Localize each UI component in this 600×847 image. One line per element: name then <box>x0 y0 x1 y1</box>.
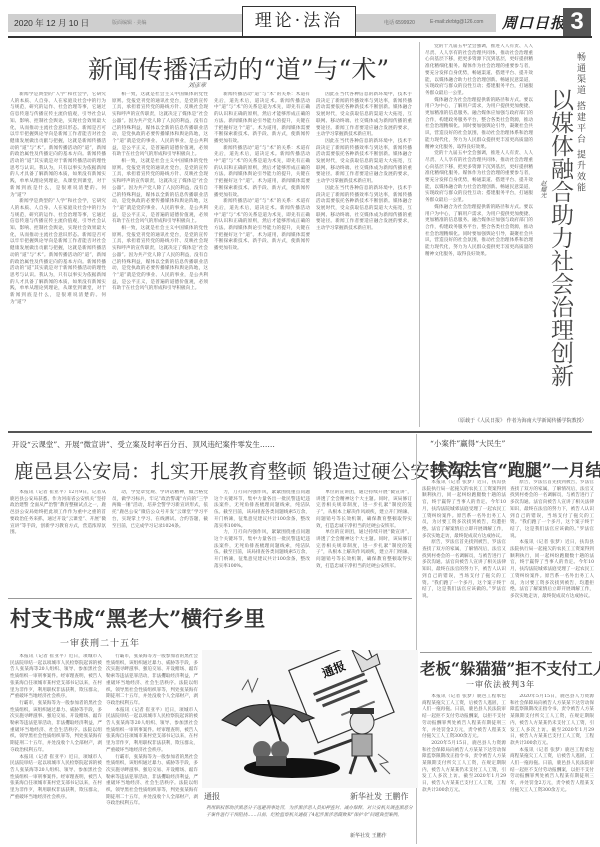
article-column: 本报讯（记者 张梦）鹿邑工程承包商程某拖欠工人工资，后被告人逃匿，工人们一拖再拖… <box>422 694 506 844</box>
section-title: 理论·法治 <box>242 6 356 36</box>
column-divider <box>419 42 420 427</box>
article-headline: 鹿邑县公安局：扎实开展教育整顿 锻造过硬公安铁军 <box>14 456 469 484</box>
cartoon-description: 利用职权帮助涉黑恶分子逃避刑事处罚，为涉黑涉恶人员扣押查封、减办保释，对公安机关… <box>206 806 416 819</box>
page-number: 3 <box>563 8 591 36</box>
article-headline: 新闻传播活动的“道”与“术” <box>88 50 389 86</box>
article-author: 赵耀光 <box>538 180 547 198</box>
article-column: 力，刀刃向内强作风，紧紧围绕重点问题这个关键环节，集中力量各出一批民警违纪违法案… <box>214 490 310 595</box>
article-subtitle: 一审依法被判3年 <box>466 679 535 690</box>
article-headline: 老板“躲猫猫”拒不支付工人工资 <box>420 657 600 679</box>
contact-email: E-mail:zkrbtg@126.com <box>430 19 483 25</box>
article-headline: 村支书成“黑老大”横行乡里 <box>10 603 265 633</box>
editorial-cartoon: 通报 <box>202 650 418 788</box>
article-column: 党的十九届五中全会强调，推进人人有责、人人尽责、人人享有的社会治理共同体，推动社… <box>425 44 533 414</box>
article-headline: 扶沟法官“跑腿”一月结案 <box>430 456 600 481</box>
article-author: 刘彦章 <box>188 80 206 89</box>
section-divider <box>420 652 592 653</box>
cartoon-illustration-icon: 通报 <box>202 650 418 788</box>
section-divider <box>8 431 592 433</box>
article-column: 原告，罗法官首先找到被告，罗法官查找了双方的家属，了解情况后，法官又找到村委会的… <box>510 480 594 650</box>
issue-date: 2020 年 12 月 10 日 <box>14 17 89 29</box>
newspaper-logo: 周口日报 <box>502 12 566 33</box>
article-kicker: 开设“云课堂”、开展“微宣讲”、受立案及时率百分百、顶风违纪案件零发生…… <box>12 439 275 450</box>
article-column: 因此在当代各种信息的新环境中，技术手段决定了新闻的传播效率与到达率，新闻传播活动… <box>316 92 412 427</box>
article-kicker: “小案件”赢得“大民生” <box>430 438 505 449</box>
page-masthead: 2020 年 12 月 10 日 版面编辑 · 美编 理论·法治 电话 6599… <box>0 0 600 40</box>
article-column: 本报讯（记者 崔亚平）近日，项城市人民法院审结一起以项城市人民检察院起诉的被告人… <box>10 654 102 844</box>
article-column: 动，学党章党规、学讲话精神，做合格党员，做学习标兵，牢记“政治警魂”方向的“三学… <box>112 490 208 595</box>
article-headline: 以媒体融合助力社会治理创新 <box>548 88 572 387</box>
article-column: 2020年5月15日，鹿邑县人力资源和社会保障局向被告人方某某下达劳动保障监察限… <box>510 694 594 844</box>
masthead-rule <box>8 36 592 38</box>
article-column: 本报讯（记者 张梦）近日，扶沟县法院执行局一起拖欠的农民工工资案得到顺利执行，同… <box>422 480 506 650</box>
source-note: （原载于《人民日报》 作者为海南大学新闻传播学院教授） <box>455 417 587 424</box>
contact-phone: 电话 6599920 <box>384 19 415 26</box>
article-column: 单位的宣讲团，通过持续开展“微宣讲”，讲透了全会精神这个大主题。同时，该局修订完… <box>316 490 412 595</box>
article-column: 本报讯（记者 崔亚平）12月9日，记者从鹿邑县公安局获悉，作为河南省公安机关“坚… <box>10 490 106 595</box>
article-kicker: 畅通渠道 搭建平台 提升效能 <box>574 52 587 194</box>
cartoon-caption-credit: 新华社发 王鹏作 <box>350 791 409 802</box>
cartoon-caption-title: 通报 <box>204 791 220 802</box>
editor-credit: 版面编辑 · 美编 <box>112 19 146 26</box>
article-column: 新闻传播活动“道”与“术”的关系：术道有先后，道先术后，道决定术。新闻传播活动中… <box>214 92 310 427</box>
article-column: 新闻学是典型的“人学”和社会学，它研究人的本质、人自身、人在家庭及社会中的行为与… <box>10 92 106 427</box>
cartoon-credit: 新华社发 王鹏作 <box>350 832 387 839</box>
article-column: 行霸市，张某海等为一般参加者的黑社会性质组织，该组织通过暴力、威胁等手段，多次实… <box>106 654 198 844</box>
section-divider <box>8 598 412 599</box>
article-subtitle: 一审获刑二十五年 <box>60 636 140 649</box>
article-column: 相一致，这就是社会主义中国媒体的党性原则。党报党刊党的通讯社党台，是党的宣传工具… <box>112 92 208 427</box>
